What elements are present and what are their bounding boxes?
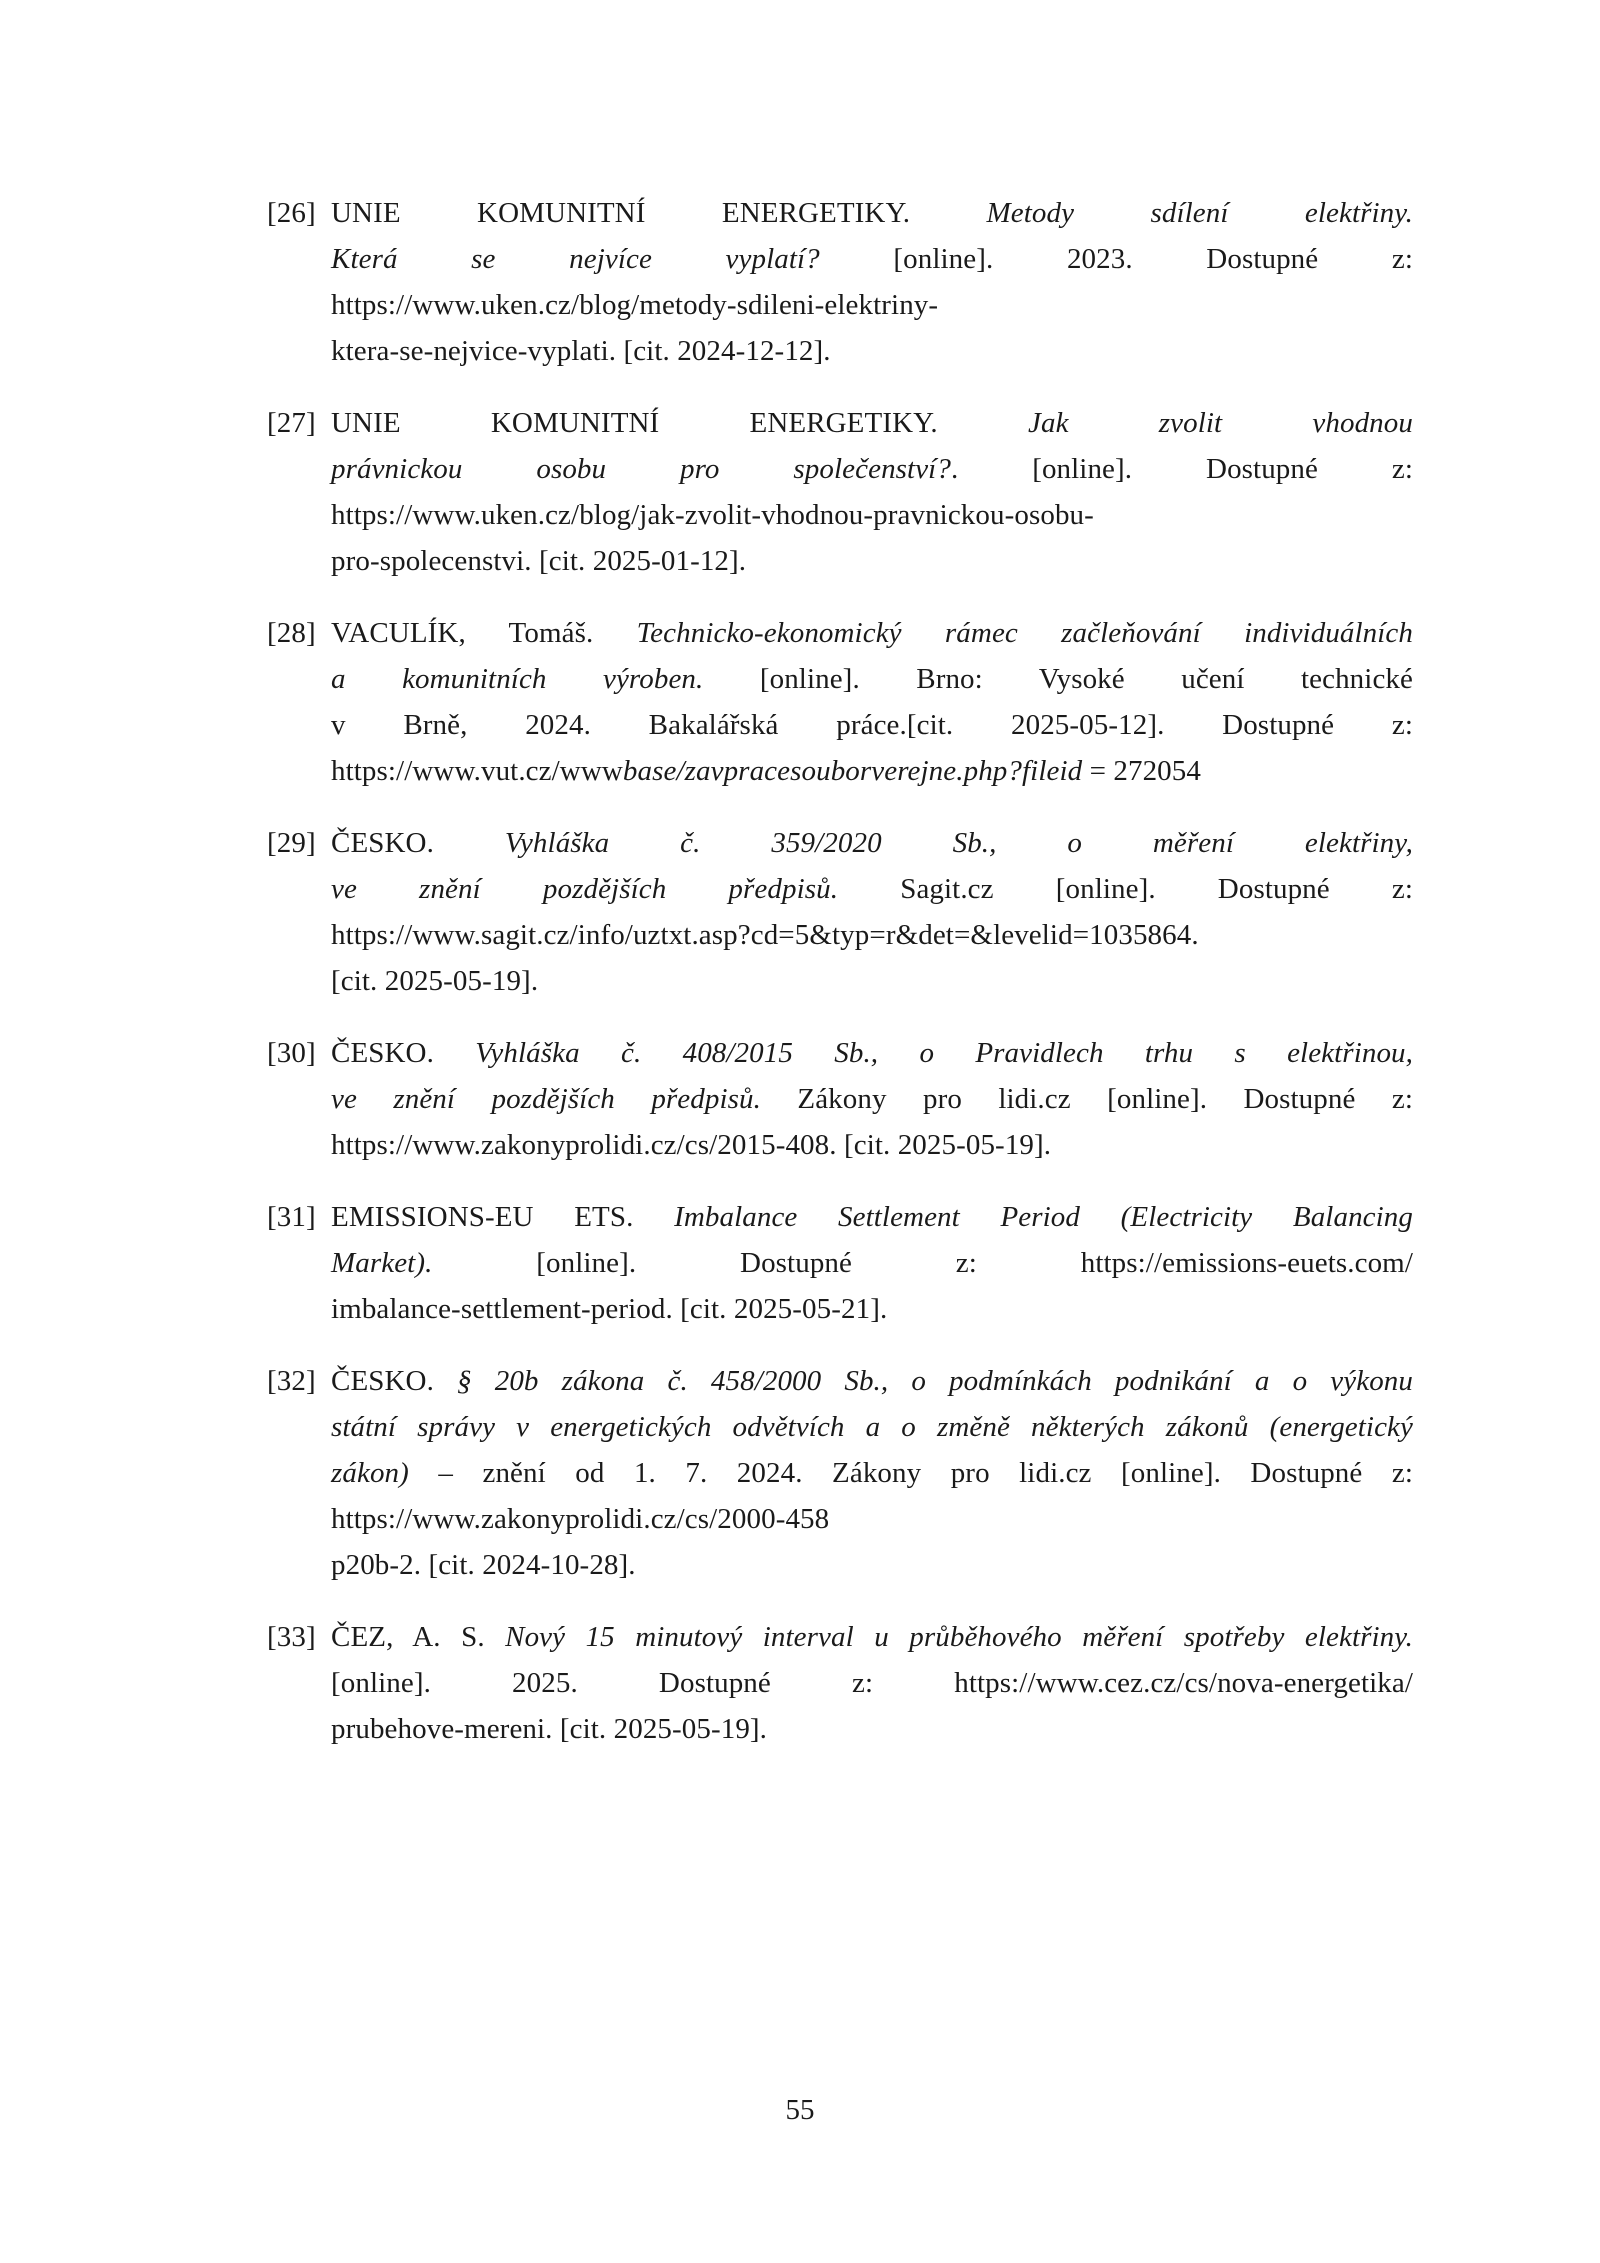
reference-line: státní správy v energetických odvětvích …: [331, 1404, 1413, 1450]
document-page: [26]UNIE KOMUNITNÍ ENERGETIKY. Metody sd…: [0, 0, 1600, 2263]
reference-title-text: oubor: [802, 755, 872, 787]
reference-title-text: Vyhláška č. 408/2015 Sb., o Pravidlech t…: [475, 1037, 1413, 1069]
reference-title-text: Metody sdílení elektřiny.: [987, 197, 1413, 229]
reference-line: imbalance-settlement-period. [cit. 2025-…: [331, 1286, 1413, 1332]
reference-line: https://www.vut.cz/wwwbase/zavpracesoubo…: [331, 748, 1413, 794]
reference-line: EMISSIONS-EU ETS. Imbalance Settlement P…: [331, 1194, 1413, 1240]
reference-text: VACULÍK, Tomáš.: [331, 617, 637, 649]
reference-text: pro-spolecenstvi. [cit. 2025-01-12].: [331, 545, 746, 577]
reference-text: imbalance-settlement-period. [cit. 2025-…: [331, 1293, 887, 1325]
reference-line: v Brně, 2024. Bakalářská práce.[cit. 202…: [331, 702, 1413, 748]
reference-line: https://www.uken.cz/blog/jak-zvolit-vhod…: [331, 492, 1413, 538]
reference-title-text: ve znění pozdějších předpisů.: [331, 1083, 761, 1115]
reference-text: ČEZ, A. S.: [331, 1621, 505, 1653]
reference-text: ČESKO.: [331, 1037, 475, 1069]
reference-text: ktera-se-nejvice-vyplati. [cit. 2024-12-…: [331, 335, 831, 367]
reference-line: https://www.zakonyprolidi.cz/cs/2015-408…: [331, 1122, 1413, 1168]
reference-line: zákon) – znění od 1. 7. 2024. Zákony pro…: [331, 1450, 1413, 1496]
reference-line: ČESKO. § 20b zákona č. 458/2000 Sb., o p…: [331, 1358, 1413, 1404]
reference-title-text: právnickou osobu pro společenství?: [331, 453, 951, 485]
reference-text: https://www.vut.cz/www: [331, 755, 623, 787]
reference-entry: [30]ČESKO. Vyhláška č. 408/2015 Sb., o P…: [267, 1030, 1413, 1168]
reference-entry: [32]ČESKO. § 20b zákona č. 458/2000 Sb.,…: [267, 1358, 1413, 1588]
reference-entry: [28]VACULÍK, Tomáš. Technicko-ekonomický…: [267, 610, 1413, 794]
reference-text: ČESKO.: [331, 1365, 457, 1397]
reference-title-text: s: [790, 755, 801, 787]
reference-title-text: ve znění pozdějších předpisů.: [331, 873, 838, 905]
reference-text: [online]. Dostupné z: https://emissions-…: [432, 1247, 1413, 1279]
reference-title-text: Jak zvolit vhodnou: [1028, 407, 1413, 439]
reference-text: [online]. Brno: Vysoké učení technické: [703, 663, 1413, 695]
reference-line: Která se nejvíce vyplatí? [online]. 2023…: [331, 236, 1413, 282]
reference-text: https://www.uken.cz/blog/metody-sdileni-…: [331, 289, 938, 321]
reference-text: UNIE KOMUNITNÍ ENERGETIKY.: [331, 407, 1028, 439]
reference-text: ČESKO.: [331, 827, 505, 859]
page-number: 55: [0, 2090, 1600, 2130]
reference-text: prubehove-mereni. [cit. 2025-05-19].: [331, 1713, 767, 1745]
reference-line: ČEZ, A. S. Nový 15 minutový interval u p…: [331, 1614, 1413, 1660]
reference-line: VACULÍK, Tomáš. Technicko-ekonomický rám…: [331, 610, 1413, 656]
reference-title-text: id: [1059, 755, 1082, 787]
reference-label: [33]: [267, 1614, 327, 1660]
reference-line: ktera-se-nejvice-vyplati. [cit. 2024-12-…: [331, 328, 1413, 374]
reference-text: p20b-2. [cit. 2024-10-28].: [331, 1549, 636, 1581]
reference-title-text: a komunitních výroben.: [331, 663, 703, 695]
reference-label: [32]: [267, 1358, 327, 1404]
reference-line: pro-spolecenstvi. [cit. 2025-01-12].: [331, 538, 1413, 584]
reference-text: https://www.sagit.cz/info/uztxt.asp?cd=5…: [331, 919, 1199, 951]
reference-title-text: Imbalance Settlement Period (Electricity…: [674, 1201, 1413, 1233]
reference-line: https://www.uken.cz/blog/metody-sdileni-…: [331, 282, 1413, 328]
reference-line: Market). [online]. Dostupné z: https://e…: [331, 1240, 1413, 1286]
reference-title-text: Nový 15 minutový interval u průběhového …: [505, 1621, 1413, 1653]
reference-line: prubehove-mereni. [cit. 2025-05-19].: [331, 1706, 1413, 1752]
reference-text: – znění od 1. 7. 2024. Zákony pro lidi.c…: [409, 1457, 1413, 1489]
reference-text: https://www.zakonyprolidi.cz/cs/2015-408…: [331, 1129, 1051, 1161]
reference-label: [26]: [267, 190, 327, 236]
reference-label: [28]: [267, 610, 327, 656]
reference-text: EMISSIONS-EU ETS.: [331, 1201, 674, 1233]
reference-line: https://www.zakonyprolidi.cz/cs/2000-458: [331, 1496, 1413, 1542]
reference-title-text: státní správy v energetických odvětvích …: [331, 1411, 1413, 1443]
reference-line: ve znění pozdějších předpisů. Zákony pro…: [331, 1076, 1413, 1122]
reference-entry: [33]ČEZ, A. S. Nový 15 minutový interval…: [267, 1614, 1413, 1752]
reference-line: [cit. 2025-05-19].: [331, 958, 1413, 1004]
reference-title-text: zákon): [331, 1457, 409, 1489]
reference-text: Zákony pro lidi.cz [online]. Dostupné z:: [761, 1083, 1413, 1115]
reference-line: ČESKO. Vyhláška č. 359/2020 Sb., o měřen…: [331, 820, 1413, 866]
reference-text: [online]. 2023. Dostupné z:: [820, 243, 1413, 275]
reference-text: . [online]. Dostupné z:: [951, 453, 1413, 485]
reference-entry: [27]UNIE KOMUNITNÍ ENERGETIKY. Jak zvoli…: [267, 400, 1413, 584]
reference-text: v Brně, 2024. Bakalářská práce.[cit. 202…: [331, 709, 1413, 741]
reference-label: [31]: [267, 1194, 327, 1240]
reference-title-text: verejne.php?file: [871, 755, 1059, 787]
reference-label: [30]: [267, 1030, 327, 1076]
reference-text: [cit. 2025-05-19].: [331, 965, 538, 997]
reference-text: [online]. 2025. Dostupné z: https://www.…: [331, 1667, 1413, 1699]
reference-title-text: Která se nejvíce vyplatí?: [331, 243, 820, 275]
reference-entry: [26]UNIE KOMUNITNÍ ENERGETIKY. Metody sd…: [267, 190, 1413, 374]
reference-title-text: § 20b zákona č. 458/2000 Sb., o podmínká…: [457, 1365, 1413, 1397]
reference-text: https://www.zakonyprolidi.cz/cs/2000-458: [331, 1503, 829, 1535]
reference-label: [27]: [267, 400, 327, 446]
reference-text: UNIE KOMUNITNÍ ENERGETIKY.: [331, 197, 987, 229]
reference-title-text: Technicko-ekonomický rámec začleňování i…: [637, 617, 1413, 649]
reference-title-text: Vyhláška č. 359/2020 Sb., o měření elekt…: [505, 827, 1413, 859]
reference-entry: [29]ČESKO. Vyhláška č. 359/2020 Sb., o m…: [267, 820, 1413, 1004]
reference-line: ČESKO. Vyhláška č. 408/2015 Sb., o Pravi…: [331, 1030, 1413, 1076]
reference-text: Sagit.cz [online]. Dostupné z:: [838, 873, 1413, 905]
reference-title-text: base/zavprace: [623, 755, 790, 787]
reference-line: a komunitních výroben. [online]. Brno: V…: [331, 656, 1413, 702]
reference-line: [online]. 2025. Dostupné z: https://www.…: [331, 1660, 1413, 1706]
bibliography-list: [26]UNIE KOMUNITNÍ ENERGETIKY. Metody sd…: [267, 190, 1413, 1778]
reference-label: [29]: [267, 820, 327, 866]
reference-entry: [31]EMISSIONS-EU ETS. Imbalance Settleme…: [267, 1194, 1413, 1332]
reference-line: ve znění pozdějších předpisů. Sagit.cz […: [331, 866, 1413, 912]
reference-title-text: Market).: [331, 1247, 432, 1279]
reference-line: UNIE KOMUNITNÍ ENERGETIKY. Metody sdílen…: [331, 190, 1413, 236]
reference-line: UNIE KOMUNITNÍ ENERGETIKY. Jak zvolit vh…: [331, 400, 1413, 446]
reference-line: https://www.sagit.cz/info/uztxt.asp?cd=5…: [331, 912, 1413, 958]
reference-line: právnickou osobu pro společenství?. [onl…: [331, 446, 1413, 492]
reference-text: = 272054: [1082, 755, 1201, 787]
reference-text: https://www.uken.cz/blog/jak-zvolit-vhod…: [331, 499, 1094, 531]
reference-line: p20b-2. [cit. 2024-10-28].: [331, 1542, 1413, 1588]
